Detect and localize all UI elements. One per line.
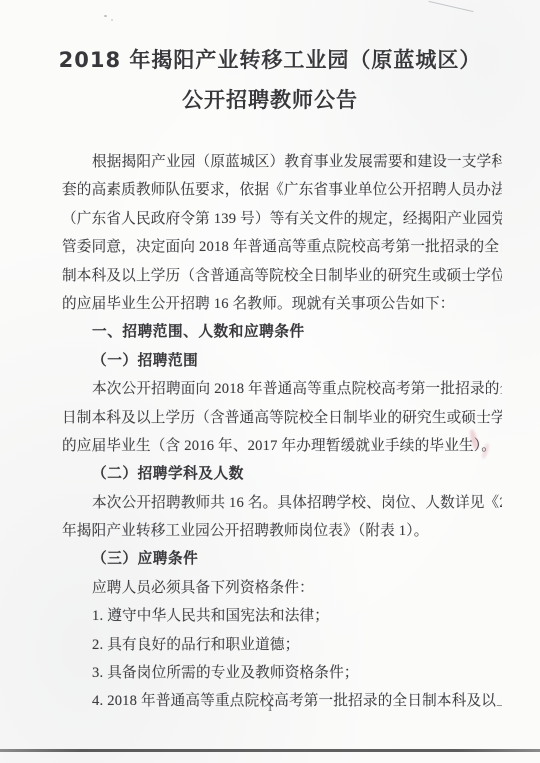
list-item-2: 2. 具有良好的品行和职业道德； xyxy=(62,631,502,659)
body-line: 管委同意，决定面向 2018 年普通高等重点院校高考第一批招录的全日 xyxy=(62,233,502,261)
body-line: 制本科及以上学历（含普通高等院校全日制毕业的研究生或硕士学位） xyxy=(62,262,502,290)
body-line: （广东省人民政府令第 139 号）等有关文件的规定，经揭阳产业园党委、 xyxy=(62,205,502,233)
page-number: 1 xyxy=(0,702,540,714)
body-line: 的应届毕业生公开招聘 16 名教师。现就有关事项公告如下： xyxy=(62,290,502,318)
subsection-heading-1-3: （三）应聘条件 xyxy=(62,545,502,573)
scan-streak-artifact xyxy=(428,1,473,12)
body-line: 的应届毕业生（含 2016 年、2017 年办理暂缓就业手续的毕业生）。 xyxy=(62,432,502,460)
body-line: 本次公开招聘面向 2018 年普通高等重点院校高考第一批招录的全 xyxy=(62,375,502,403)
scan-edge-line xyxy=(0,749,540,752)
title-line-1: 2018 年揭阳产业转移工业园（原蓝城区） xyxy=(0,40,540,80)
title-line-2: 公开招聘教师公告 xyxy=(0,80,540,120)
list-item-1: 1. 遵守中华人民共和国宪法和法律； xyxy=(62,602,502,630)
paper-speck xyxy=(104,15,107,17)
list-item-3: 3. 具备岗位所需的专业及教师资格条件； xyxy=(62,659,502,687)
body-line: 应聘人员必须具备下列资格条件： xyxy=(62,574,502,602)
document-body: 根据揭阳产业园（原蓝城区）教育事业发展需要和建设一支学科配 套的高素质教师队伍要… xyxy=(0,148,540,716)
body-line: 本次公开招聘教师共 16 名。具体招聘学校、岗位、人数详见《2018 xyxy=(62,489,502,517)
subsection-heading-1-2: （二）招聘学科及人数 xyxy=(62,460,502,488)
document-title: 2018 年揭阳产业转移工业园（原蓝城区） 公开招聘教师公告 xyxy=(0,40,540,120)
paper-speck xyxy=(111,19,113,21)
body-line: 日制本科及以上学历（含普通高等院校全日制毕业的研究生或硕士学位） xyxy=(62,404,502,432)
subsection-heading-1-1: （一）招聘范围 xyxy=(62,347,502,375)
body-line: 根据揭阳产业园（原蓝城区）教育事业发展需要和建设一支学科配 xyxy=(62,148,502,176)
document-page: 2018 年揭阳产业转移工业园（原蓝城区） 公开招聘教师公告 根据揭阳产业园（原… xyxy=(0,0,540,763)
body-line: 套的高素质教师队伍要求，依据《广东省事业单位公开招聘人员办法》 xyxy=(62,176,502,204)
section-heading-1: 一、招聘范围、人数和应聘条件 xyxy=(62,318,502,346)
body-line: 年揭阳产业转移工业园公开招聘教师岗位表》（附表 1）。 xyxy=(62,517,502,545)
